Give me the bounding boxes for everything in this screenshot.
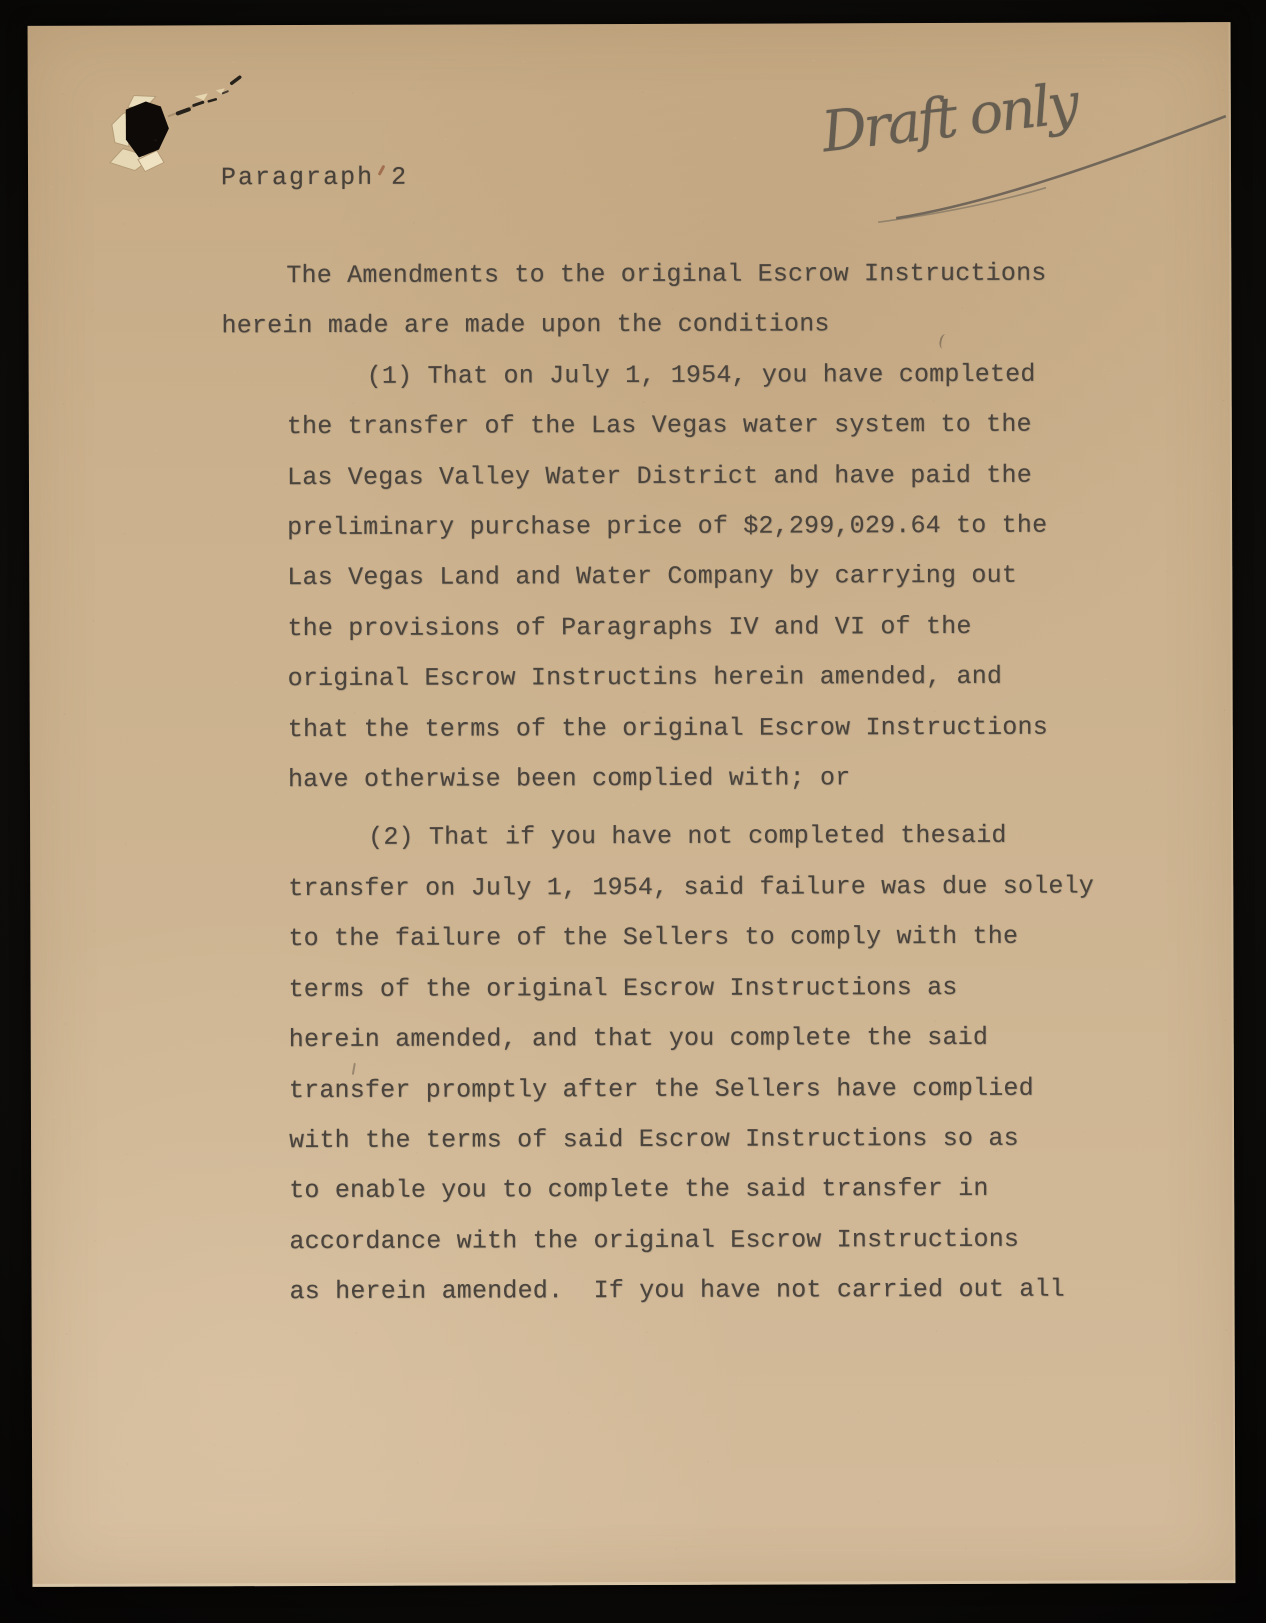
typed-line: to the failure of the Sellers to comply … (223, 912, 1163, 965)
typed-text-block: The Amendments to the original Escrow In… (221, 248, 1164, 1317)
typed-line: Las Vegas Valley Water District and have… (222, 450, 1162, 503)
typed-line: herein amended, and that you complete th… (224, 1012, 1164, 1065)
typed-line: (2) That if you have not completed thesa… (223, 811, 1163, 864)
typed-line: (1) That on July 1, 1954, you have compl… (222, 349, 1162, 402)
typed-line: transfer promptly after the Sellers have… (224, 1063, 1164, 1116)
typed-line: the provisions of Paragraphs IV and VI o… (222, 601, 1162, 654)
typed-line: herein made are made upon the conditions (221, 299, 1161, 352)
paragraph-heading: Paragraph 2 (221, 160, 408, 197)
typed-line: have otherwise been complied with; or (223, 752, 1163, 805)
handwritten-note-text: Draft only (818, 71, 1079, 165)
photo-background: { "document": { "heading": "Paragraph 2"… (0, 0, 1266, 1623)
typed-line: that the terms of the original Escrow In… (223, 702, 1163, 755)
underline-flourish-stroke (778, 83, 1258, 235)
typed-line: as herein amended. If you have not carri… (224, 1264, 1164, 1317)
handwritten-note: Draft only (778, 83, 1258, 235)
typed-line: Las Vegas Land and Water Company by carr… (222, 551, 1162, 604)
typed-line: to enable you to complete the said trans… (224, 1164, 1164, 1217)
paper-sheet: Draft only Paragraph 2 The Amendments to… (28, 22, 1236, 1587)
typed-line: terms of the original Escrow Instruction… (224, 962, 1164, 1015)
typed-line: The Amendments to the original Escrow In… (221, 248, 1161, 301)
typed-line: accordance with the original Escrow Inst… (224, 1214, 1164, 1267)
typed-line: preliminary purchase price of $2,299,029… (222, 500, 1162, 553)
typed-line: original Escrow Instructins herein amend… (223, 652, 1163, 705)
typed-line: with the terms of said Escrow Instructio… (224, 1113, 1164, 1166)
typed-line: transfer on July 1, 1954, said failure w… (223, 861, 1163, 914)
typed-line: the transfer of the Las Vegas water syst… (222, 400, 1162, 453)
